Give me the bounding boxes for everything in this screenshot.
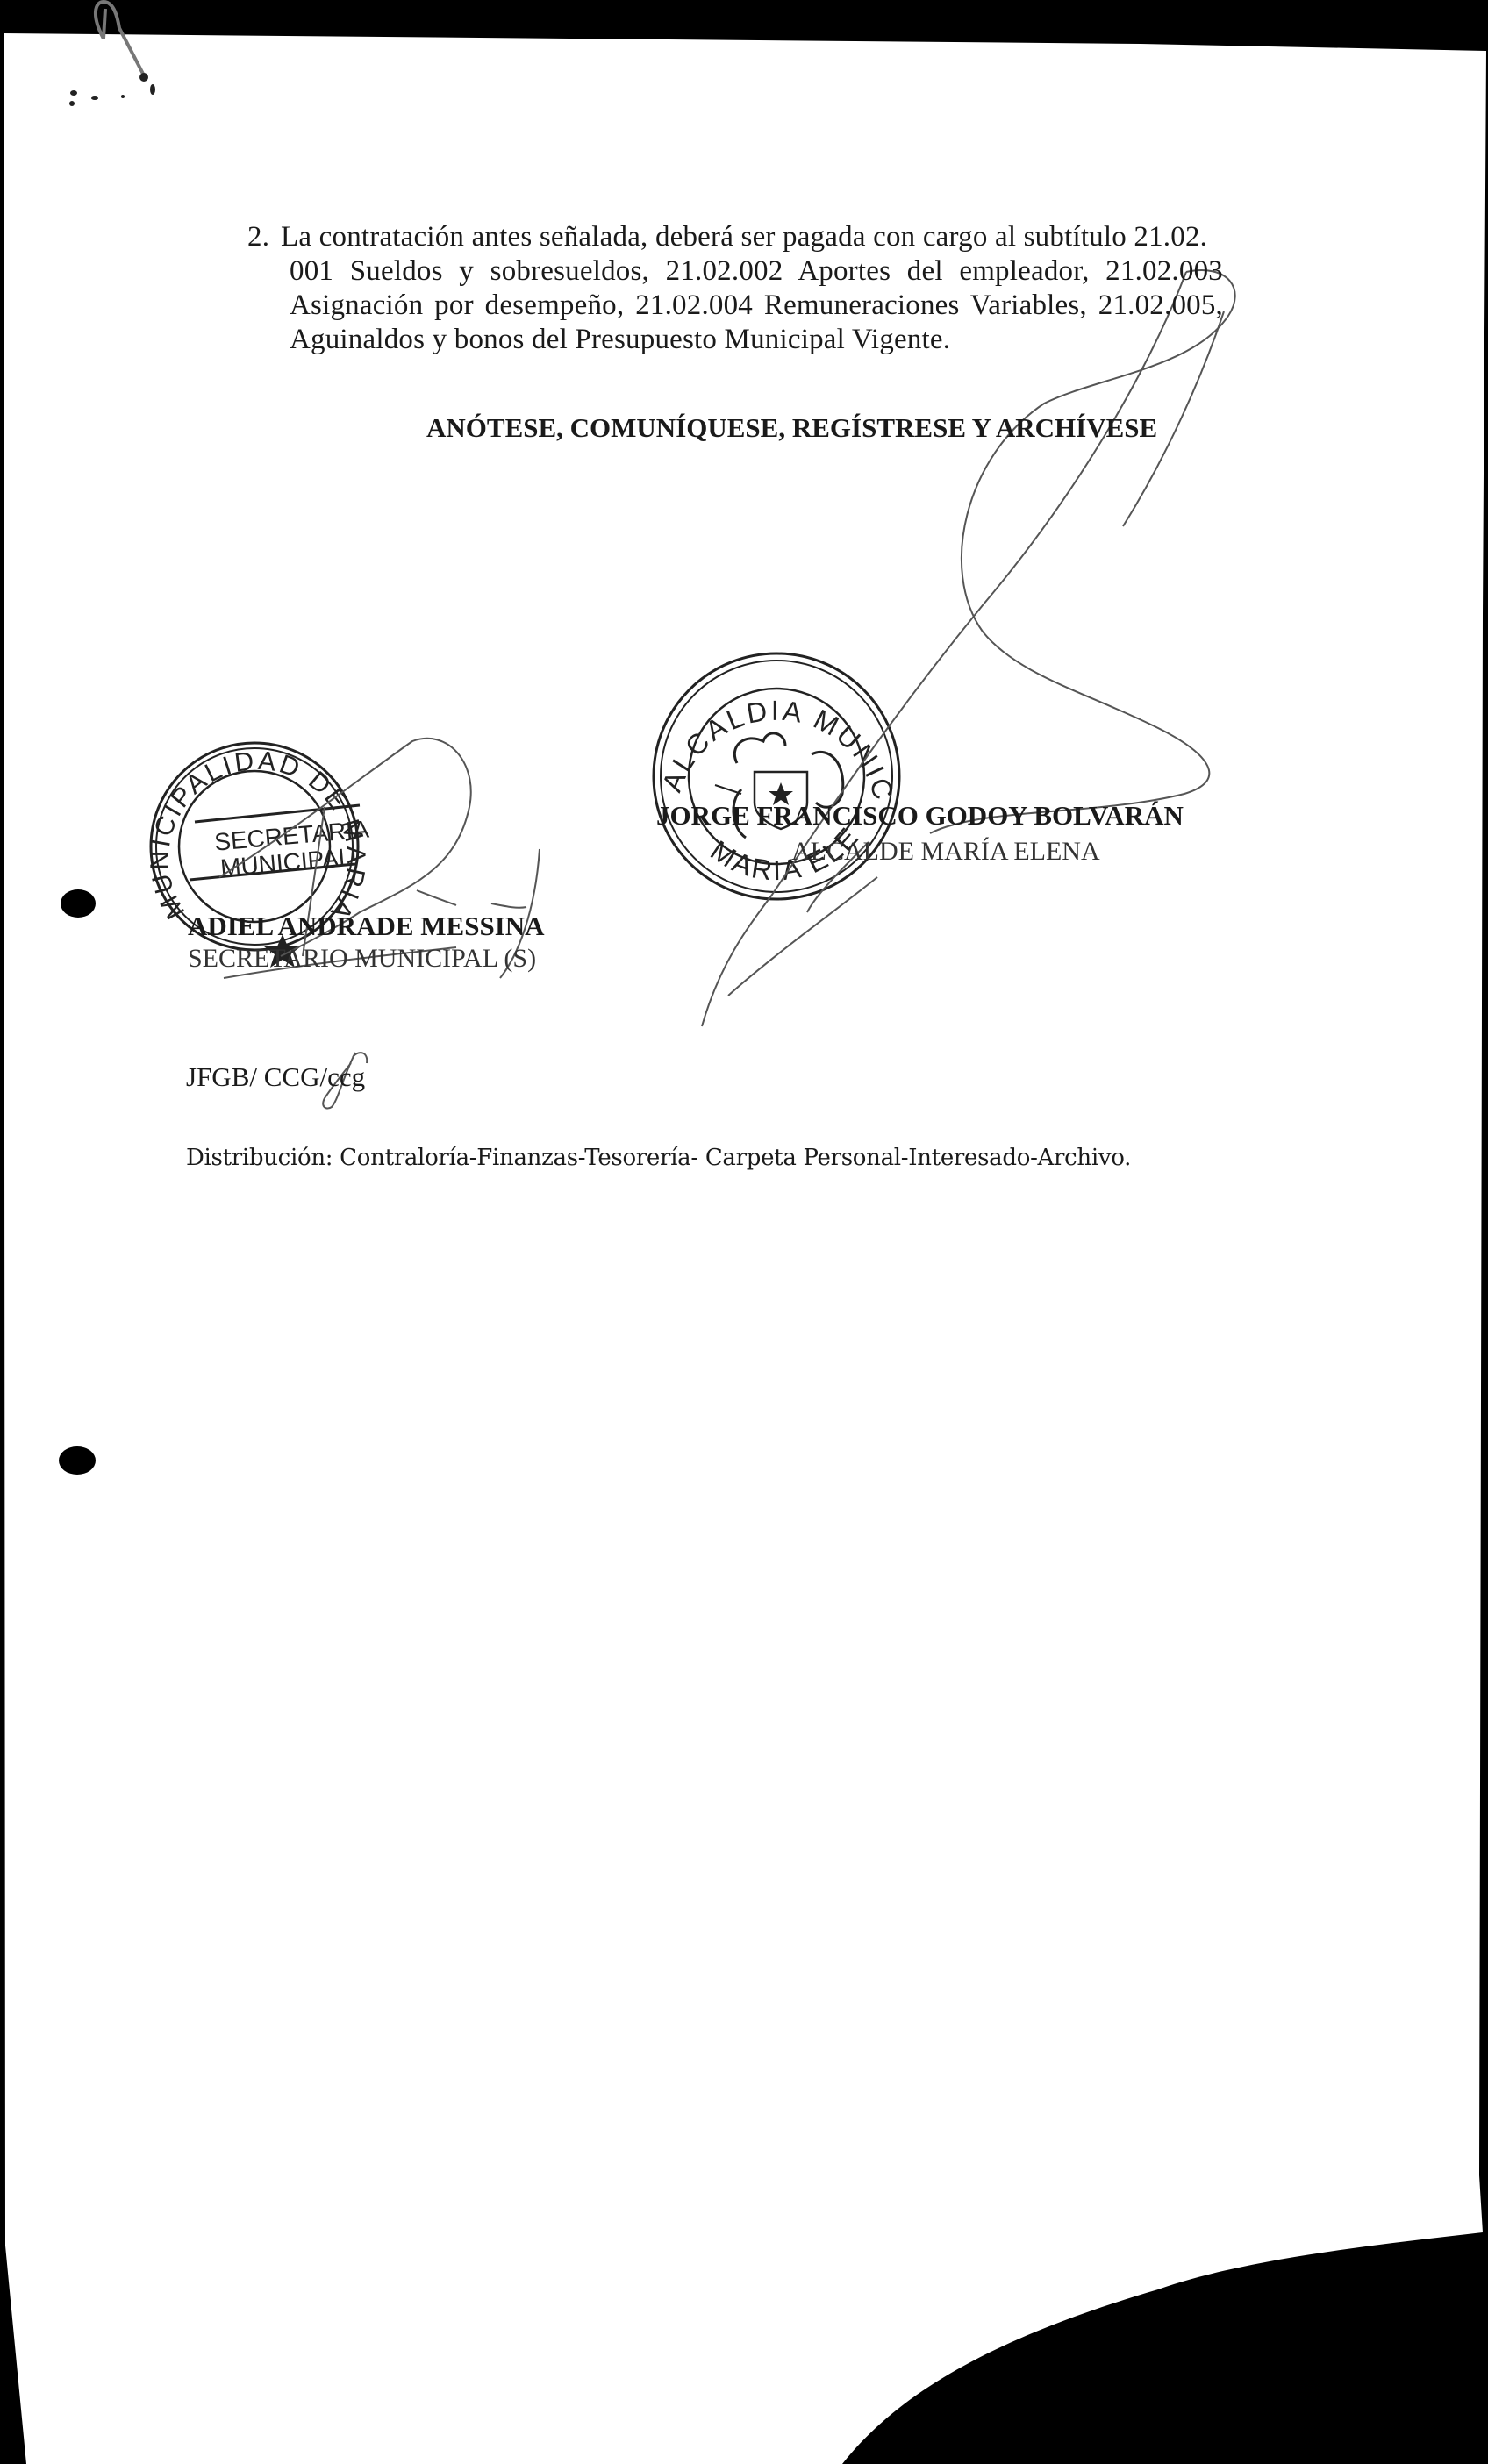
closing-formula: ANÓTESE, COMUNÍQUESE, REGÍSTRESE Y ARCHÍ… xyxy=(426,412,1157,444)
paper-sheet xyxy=(4,33,1486,2464)
paragraph-line-3: Asignación por desempeño, 21.02.004 Remu… xyxy=(290,289,1223,322)
paragraph-line-1: La contratación antes señalada, deberá s… xyxy=(281,221,1223,254)
secretary-name: ADIEL ANDRADE MESSINA xyxy=(188,911,545,942)
secretary-title: SECRETARIO MUNICIPAL (S) xyxy=(188,944,536,974)
paragraph-line-4: Aguinaldos y bonos del Presupuesto Munic… xyxy=(290,324,950,356)
punch-hole-icon xyxy=(59,1446,96,1475)
reference-initials: JFGB/ CCG/ccg xyxy=(186,1061,365,1093)
mayor-title: ALCALDE MARÍA ELENA xyxy=(791,837,1100,867)
paragraph-line-2: 001 Sueldos y sobresueldos, 21.02.002 Ap… xyxy=(290,255,1223,288)
scanned-page: MUNICIPALIDAD DE MARIA ELENA SECRETARIA … xyxy=(0,0,1488,2464)
mayor-name: JORGE FRANCISCO GODOY BOLVARÁN xyxy=(656,800,1184,832)
item-number: 2. xyxy=(247,221,269,254)
punch-hole-icon xyxy=(61,889,96,918)
distribution-list: Distribución: Contraloría-Finanzas-Tesor… xyxy=(186,1145,1131,1171)
